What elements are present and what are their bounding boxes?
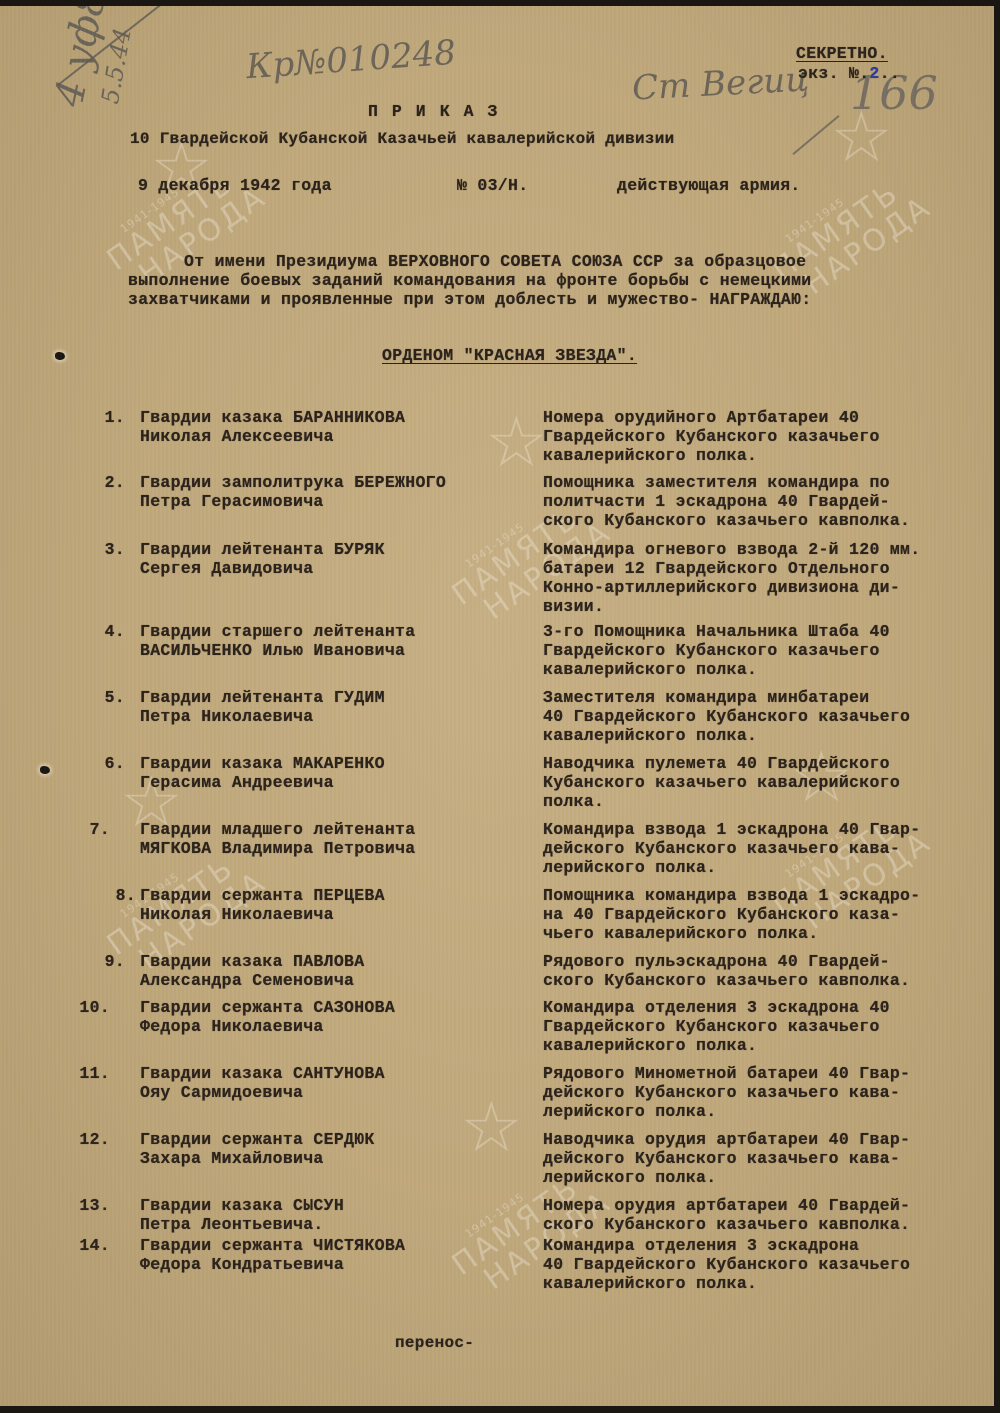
awardee-name-line: Гвардии сержанта ПЕРЦЕВА xyxy=(140,886,385,905)
awardee-name-line: Гвардии сержанта СЕРДЮК xyxy=(140,1130,375,1149)
order-date: 9 декабря 1942 года xyxy=(138,176,332,195)
secret-stamp: СЕКРЕТНО. xyxy=(796,44,888,63)
awardee-name-line: Гвардии лейтенанта ГУДИМ xyxy=(140,688,385,707)
awardee-name-line: Николая Николаевича xyxy=(140,905,385,924)
awardee-name-line: Гвардии казака МАКАРЕНКО xyxy=(140,754,385,773)
star-icon: ☆ xyxy=(485,401,548,483)
awardee-position: Заместителя командира минбатареи40 Гвард… xyxy=(543,688,910,745)
star-icon: ☆ xyxy=(460,1086,523,1168)
awardee-name-line: Ояу Сармидоевича xyxy=(140,1083,385,1102)
awardee-position-line: Номера орудийного Артбатареи 40 xyxy=(543,408,880,427)
awardee-name-line: Гвардии казака ПАВЛОВА xyxy=(140,952,364,971)
awardee-name: Гвардии казака САНТУНОВАОяу Сармидоевича xyxy=(140,1064,385,1102)
awardee-position-line: 3-го Помощника Начальника Штаба 40 xyxy=(543,622,890,641)
awardee-position-line: Заместителя командира минбатареи xyxy=(543,688,910,707)
awardee-name-line: Сергея Давидовича xyxy=(140,559,385,578)
awardee-position-line: полка. xyxy=(543,792,900,811)
awardee-number: 2. xyxy=(85,473,125,492)
awardee-name: Гвардии казака СЫСУНПетра Леонтьевича. xyxy=(140,1196,344,1234)
awardee-position-line: Гвардейского Кубанского казачьего xyxy=(543,641,890,660)
awardee-name: Гвардии сержанта САЗОНОВАФедора Николаев… xyxy=(140,998,395,1036)
awardee-number: 13. xyxy=(70,1196,110,1215)
awardee-name: Гвардии лейтенанта ГУДИМПетра Николаевич… xyxy=(140,688,385,726)
awardee-name-line: Петра Герасимовича xyxy=(140,492,446,511)
awardee-position-line: политчасти 1 эскадрона 40 Гвардей- xyxy=(543,492,910,511)
awardee-position: Номера орудийного Артбатареи 40Гвардейск… xyxy=(543,408,880,465)
copy-suffix: .. xyxy=(880,64,900,83)
awardee-position: Номера орудия артбатареи 40 Гвардей-ског… xyxy=(543,1196,910,1234)
awardee-name-line: Гвардии казака БАРАННИКОВА xyxy=(140,408,405,427)
preamble-line: выполнение боевых заданий командования н… xyxy=(128,271,812,290)
preamble-line: От имени Президиума ВЕРХОВНОГО СОВЕТА СО… xyxy=(128,252,812,271)
awardee-position: Помощника командира взвода 1 эскадро-на … xyxy=(543,886,920,943)
pencil-strike xyxy=(792,115,839,155)
awardee-name: Гвардии казака МАКАРЕНКОГерасима Андреев… xyxy=(140,754,385,792)
awardee-name-line: Гвардии лейтенанта БУРЯК xyxy=(140,540,385,559)
awardee-name: Гвардии старшего лейтенантаВАСИЛЬЧЕНКО И… xyxy=(140,622,415,660)
awardee-name-line: Гвардии сержанта САЗОНОВА xyxy=(140,998,395,1017)
awardee-name: Гвардии сержанта ЧИСТЯКОВАФедора Кондрат… xyxy=(140,1236,405,1274)
awardee-number: 3. xyxy=(85,540,125,559)
awardee-position-line: чьего кавалерийского полка. xyxy=(543,924,920,943)
awardee-position: Наводчика пулемета 40 ГвардейскогоКубанс… xyxy=(543,754,900,811)
awardee-position-line: 40 Гвардейского Кубанского казачьего xyxy=(543,707,910,726)
awardee-name-line: ВАСИЛЬЧЕНКО Илью Ивановича xyxy=(140,641,415,660)
awardee-position-line: Кубанского казачьего кавалерийского xyxy=(543,773,900,792)
awardee-number: 10. xyxy=(70,998,110,1017)
preamble: От имени Президиума ВЕРХОВНОГО СОВЕТА СО… xyxy=(128,252,812,309)
awardee-position: Командира взвода 1 эскадрона 40 Гвар-дей… xyxy=(543,820,920,877)
handwritten-archive-number: Кр№010248 xyxy=(245,33,457,88)
awardee-position-line: дейского Кубанского казачьего кава- xyxy=(543,1083,910,1102)
document-page: 1941-1945ПАМЯТЬНАРОДА1941-1945ПАМЯТЬНАРО… xyxy=(0,6,994,1406)
document-title: ПРИКАЗ xyxy=(368,102,511,121)
awardee-position-line: ского Кубанского казачьего кавполка. xyxy=(543,1215,910,1234)
watermark-text: НАРОДА xyxy=(799,192,936,301)
punch-hole xyxy=(55,352,65,360)
awardee-name-line: МЯГКОВА Владимира Петровича xyxy=(140,839,415,858)
awardee-position-line: ского Кубанского казачьего кавполка. xyxy=(543,511,910,530)
awardee-number: 5. xyxy=(85,688,125,707)
awardee-position-line: батареи 12 Гвардейского Отдельного xyxy=(543,559,920,578)
preamble-line: захватчиками и проявленные при этом добл… xyxy=(128,290,812,309)
awardee-name-line: Федора Кондратьевича xyxy=(140,1255,405,1274)
awardee-number: 7. xyxy=(70,820,110,839)
awardee-name-line: Гвардии сержанта ЧИСТЯКОВА xyxy=(140,1236,405,1255)
order-number: № 03/Н. xyxy=(457,176,528,195)
awardee-number: 11. xyxy=(70,1064,110,1083)
awardee-name-line: Гвардии казака САНТУНОВА xyxy=(140,1064,385,1083)
awardee-name-line: Александра Семеновича xyxy=(140,971,364,990)
awardee-position-line: Конно-артиллерийского дивизиона ди- xyxy=(543,578,920,597)
awardee-position-line: на 40 Гвардейского Кубанского каза- xyxy=(543,905,920,924)
awardee-position: Рядового Минометной батареи 40 Гвар-дейс… xyxy=(543,1064,910,1121)
handwritten-note: Ст Вегиц xyxy=(631,59,810,108)
awardee-position-line: Номера орудия артбатареи 40 Гвардей- xyxy=(543,1196,910,1215)
awardee-name-line: Гвардии младшего лейтенанта xyxy=(140,820,415,839)
awardee-position-line: визии. xyxy=(543,597,920,616)
awardee-position-line: Командира отделения 3 эскадрона xyxy=(543,1236,910,1255)
awardee-position-line: кавалерийского полка. xyxy=(543,1274,910,1293)
awardee-name: Гвардии младшего лейтенантаМЯГКОВА Влади… xyxy=(140,820,415,858)
awardee-position: Командира отделения 3 эскадрона 40Гварде… xyxy=(543,998,890,1055)
awardee-number: 9. xyxy=(85,952,125,971)
awardee-position: Командира отделения 3 эскадрона40 Гварде… xyxy=(543,1236,910,1293)
awardee-number: 12. xyxy=(70,1130,110,1149)
awardee-position-line: Рядового пульэскадрона 40 Гвардей- xyxy=(543,952,910,971)
awardee-name-line: Захара Михайловича xyxy=(140,1149,375,1168)
awardee-position-line: кавалерийского полка. xyxy=(543,1036,890,1055)
awardee-name-line: Гвардии старшего лейтенанта xyxy=(140,622,415,641)
awardee-number: 1. xyxy=(85,408,125,427)
awardee-position: Рядового пульэскадрона 40 Гвардей-ского … xyxy=(543,952,910,990)
awardee-number: 6. xyxy=(85,754,125,773)
awardee-position-line: Наводчика пулемета 40 Гвардейского xyxy=(543,754,900,773)
awardee-number: 8. xyxy=(96,886,136,905)
awardee-position: Командира огневого взвода 2-й 120 мм.бат… xyxy=(543,540,920,616)
watermark-text: 1941-1945 xyxy=(783,157,902,246)
awardee-name-line: Гвардии казака СЫСУН xyxy=(140,1196,344,1215)
awardee-position-line: 40 Гвардейского Кубанского казачьего xyxy=(543,1255,910,1274)
awardee-name: Гвардии казака БАРАННИКОВАНиколая Алексе… xyxy=(140,408,405,446)
awardee-name-line: Петра Леонтьевича. xyxy=(140,1215,344,1234)
awardee-number: 14. xyxy=(70,1236,110,1255)
copy-number: экз. №.2.. xyxy=(798,64,900,83)
awardee-position-line: лерийского полка. xyxy=(543,1102,910,1121)
awardee-name-line: Николая Алексеевича xyxy=(140,427,405,446)
awardee-position-line: кавалерийского полка. xyxy=(543,726,910,745)
awardee-position-line: дейского Кубанского казачьего кава- xyxy=(543,839,920,858)
awardee-number: 4. xyxy=(85,622,125,641)
awardee-position-line: кавалерийского полка. xyxy=(543,660,890,679)
awardee-position-line: дейского Кубанского казачьего кава- xyxy=(543,1149,910,1168)
awardee-name: Гвардии замполитрука БЕРЕЖНОГОПетра Гера… xyxy=(140,473,446,511)
awardee-position-line: Командира отделения 3 эскадрона 40 xyxy=(543,998,890,1017)
awardee-position: 3-го Помощника Начальника Штаба 40Гварде… xyxy=(543,622,890,679)
awardee-name: Гвардии сержанта СЕРДЮКЗахара Михайлович… xyxy=(140,1130,375,1168)
awardee-name-line: Петра Николаевича xyxy=(140,707,385,726)
awardee-position-line: Рядового Минометной батареи 40 Гвар- xyxy=(543,1064,910,1083)
awardee-position-line: Помощника командира взвода 1 эскадро- xyxy=(543,886,920,905)
awardee-name-line: Федора Николаевича xyxy=(140,1017,395,1036)
punch-hole xyxy=(40,766,50,774)
copy-number-value: 2 xyxy=(869,64,879,83)
continuation-note: перенос- xyxy=(395,1334,474,1353)
awardee-position-line: Командира взвода 1 эскадрона 40 Гвар- xyxy=(543,820,920,839)
awardee-position-line: Наводчика орудия артбатареи 40 Гвар- xyxy=(543,1130,910,1149)
awardee-position-line: Помощника заместителя командира по xyxy=(543,473,910,492)
order-location: действующая армия. xyxy=(617,176,801,195)
awardee-position-line: ского Кубанского казачьего кавполка. xyxy=(543,971,910,990)
awardee-name-line: Гвардии замполитрука БЕРЕЖНОГО xyxy=(140,473,446,492)
awardee-position: Наводчика орудия артбатареи 40 Гвар-дейс… xyxy=(543,1130,910,1187)
awardee-position-line: Гвардейского Кубанского казачьего xyxy=(543,1017,890,1036)
awardee-position-line: Гвардейского Кубанского казачьего xyxy=(543,427,880,446)
awardee-position: Помощника заместителя командира пополитч… xyxy=(543,473,910,530)
awardee-name: Гвардии сержанта ПЕРЦЕВАНиколая Николаев… xyxy=(140,886,385,924)
document-subtitle: 10 Гвардейской Кубанской Казачьей кавале… xyxy=(130,130,675,149)
award-title: ОРДЕНОМ "КРАСНАЯ ЗВЕЗДА". xyxy=(382,346,637,365)
awardee-name: Гвардии лейтенанта БУРЯКСергея Давидович… xyxy=(140,540,385,578)
awardee-name-line: Герасима Андреевича xyxy=(140,773,385,792)
awardee-position-line: Командира огневого взвода 2-й 120 мм. xyxy=(543,540,920,559)
awardee-position-line: лерийского полка. xyxy=(543,858,920,877)
awardee-position-line: лерийского полка. xyxy=(543,1168,910,1187)
copy-label: экз. №. xyxy=(798,64,869,83)
awardee-name: Гвардии казака ПАВЛОВААлександра Семенов… xyxy=(140,952,364,990)
awardee-position-line: кавалерийского полка. xyxy=(543,446,880,465)
